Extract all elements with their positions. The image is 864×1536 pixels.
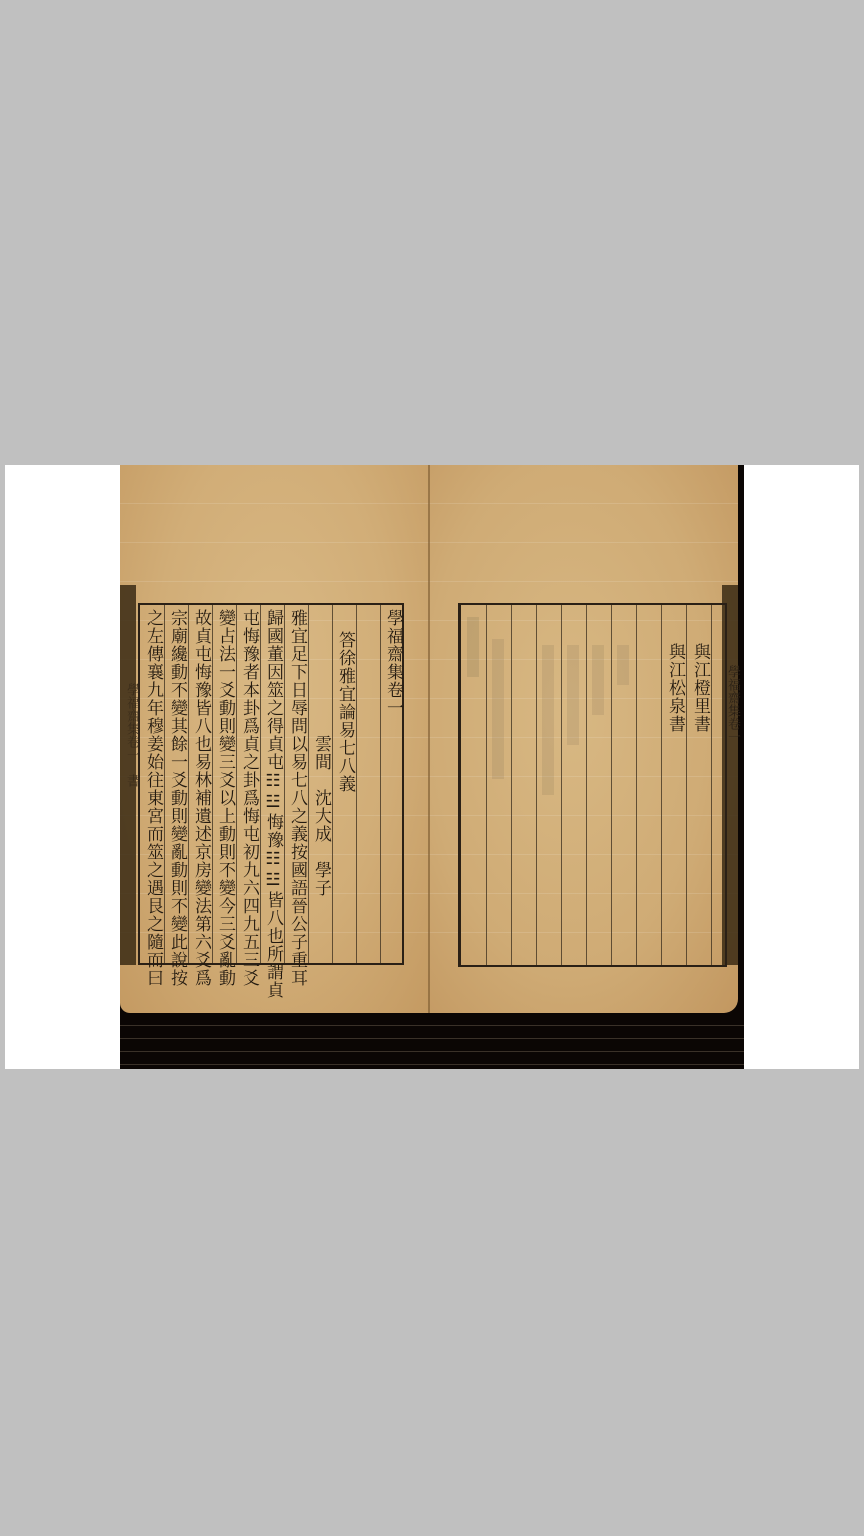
text-column: 歸國董因筮之得貞屯☷☳悔豫☷☳皆八也所謂貞 bbox=[262, 609, 284, 999]
left-page: 學福齋集卷一 書 學福齋集卷一 答徐雅宜論易七八義 雲間 沈大成 學子 雅宜足下… bbox=[120, 465, 430, 1013]
bleed-through-text bbox=[492, 639, 504, 779]
bleed-through-text bbox=[567, 645, 579, 745]
volume-title: 學福齋集卷一 bbox=[382, 609, 404, 717]
bleed-through-text bbox=[617, 645, 629, 685]
left-text-frame: 學福齋集卷一 答徐雅宜論易七八義 雲間 沈大成 學子 雅宜足下日辱問以易七八之義… bbox=[138, 603, 404, 965]
bleed-through-text bbox=[542, 645, 554, 795]
scan-bottom-background bbox=[120, 1013, 744, 1069]
bleed-through-text bbox=[467, 617, 479, 677]
text-column: 故貞屯悔豫皆八也易林補遺述京房變法第六爻爲 bbox=[190, 609, 212, 987]
text-column: 變占法一爻動則變三爻以上動則不變今三爻亂動 bbox=[214, 609, 236, 987]
text-column: 屯悔豫者本卦爲貞之卦爲悔屯初九六四九五三爻 bbox=[238, 609, 260, 987]
text-column: 之左傳襄九年穆姜始往東宮而筮之遇艮之隨而曰 bbox=[142, 609, 164, 987]
contents-entry: 與江橙里書 bbox=[689, 643, 711, 733]
text-column: 雅宜足下日辱問以易七八之義按國語晉公子重耳 bbox=[286, 609, 308, 987]
right-text-frame: 與江橙里書 與江松泉書 bbox=[458, 603, 727, 967]
book-scan-image: 學福齋集卷一 書 學福齋集卷一 答徐雅宜論易七八義 雲間 沈大成 學子 雅宜足下… bbox=[120, 465, 744, 1069]
text-column: 宗廟纔動不變其餘一爻動則變亂動則不變此說按 bbox=[166, 609, 188, 987]
author-line: 雲間 沈大成 學子 bbox=[310, 609, 332, 897]
image-viewer-panel: 學福齋集卷一 書 學福齋集卷一 答徐雅宜論易七八義 雲間 沈大成 學子 雅宜足下… bbox=[5, 465, 859, 1069]
contents-entry: 與江松泉書 bbox=[664, 643, 686, 733]
letter-heading: 答徐雅宜論易七八義 bbox=[334, 631, 356, 793]
bleed-through-text bbox=[592, 645, 604, 715]
